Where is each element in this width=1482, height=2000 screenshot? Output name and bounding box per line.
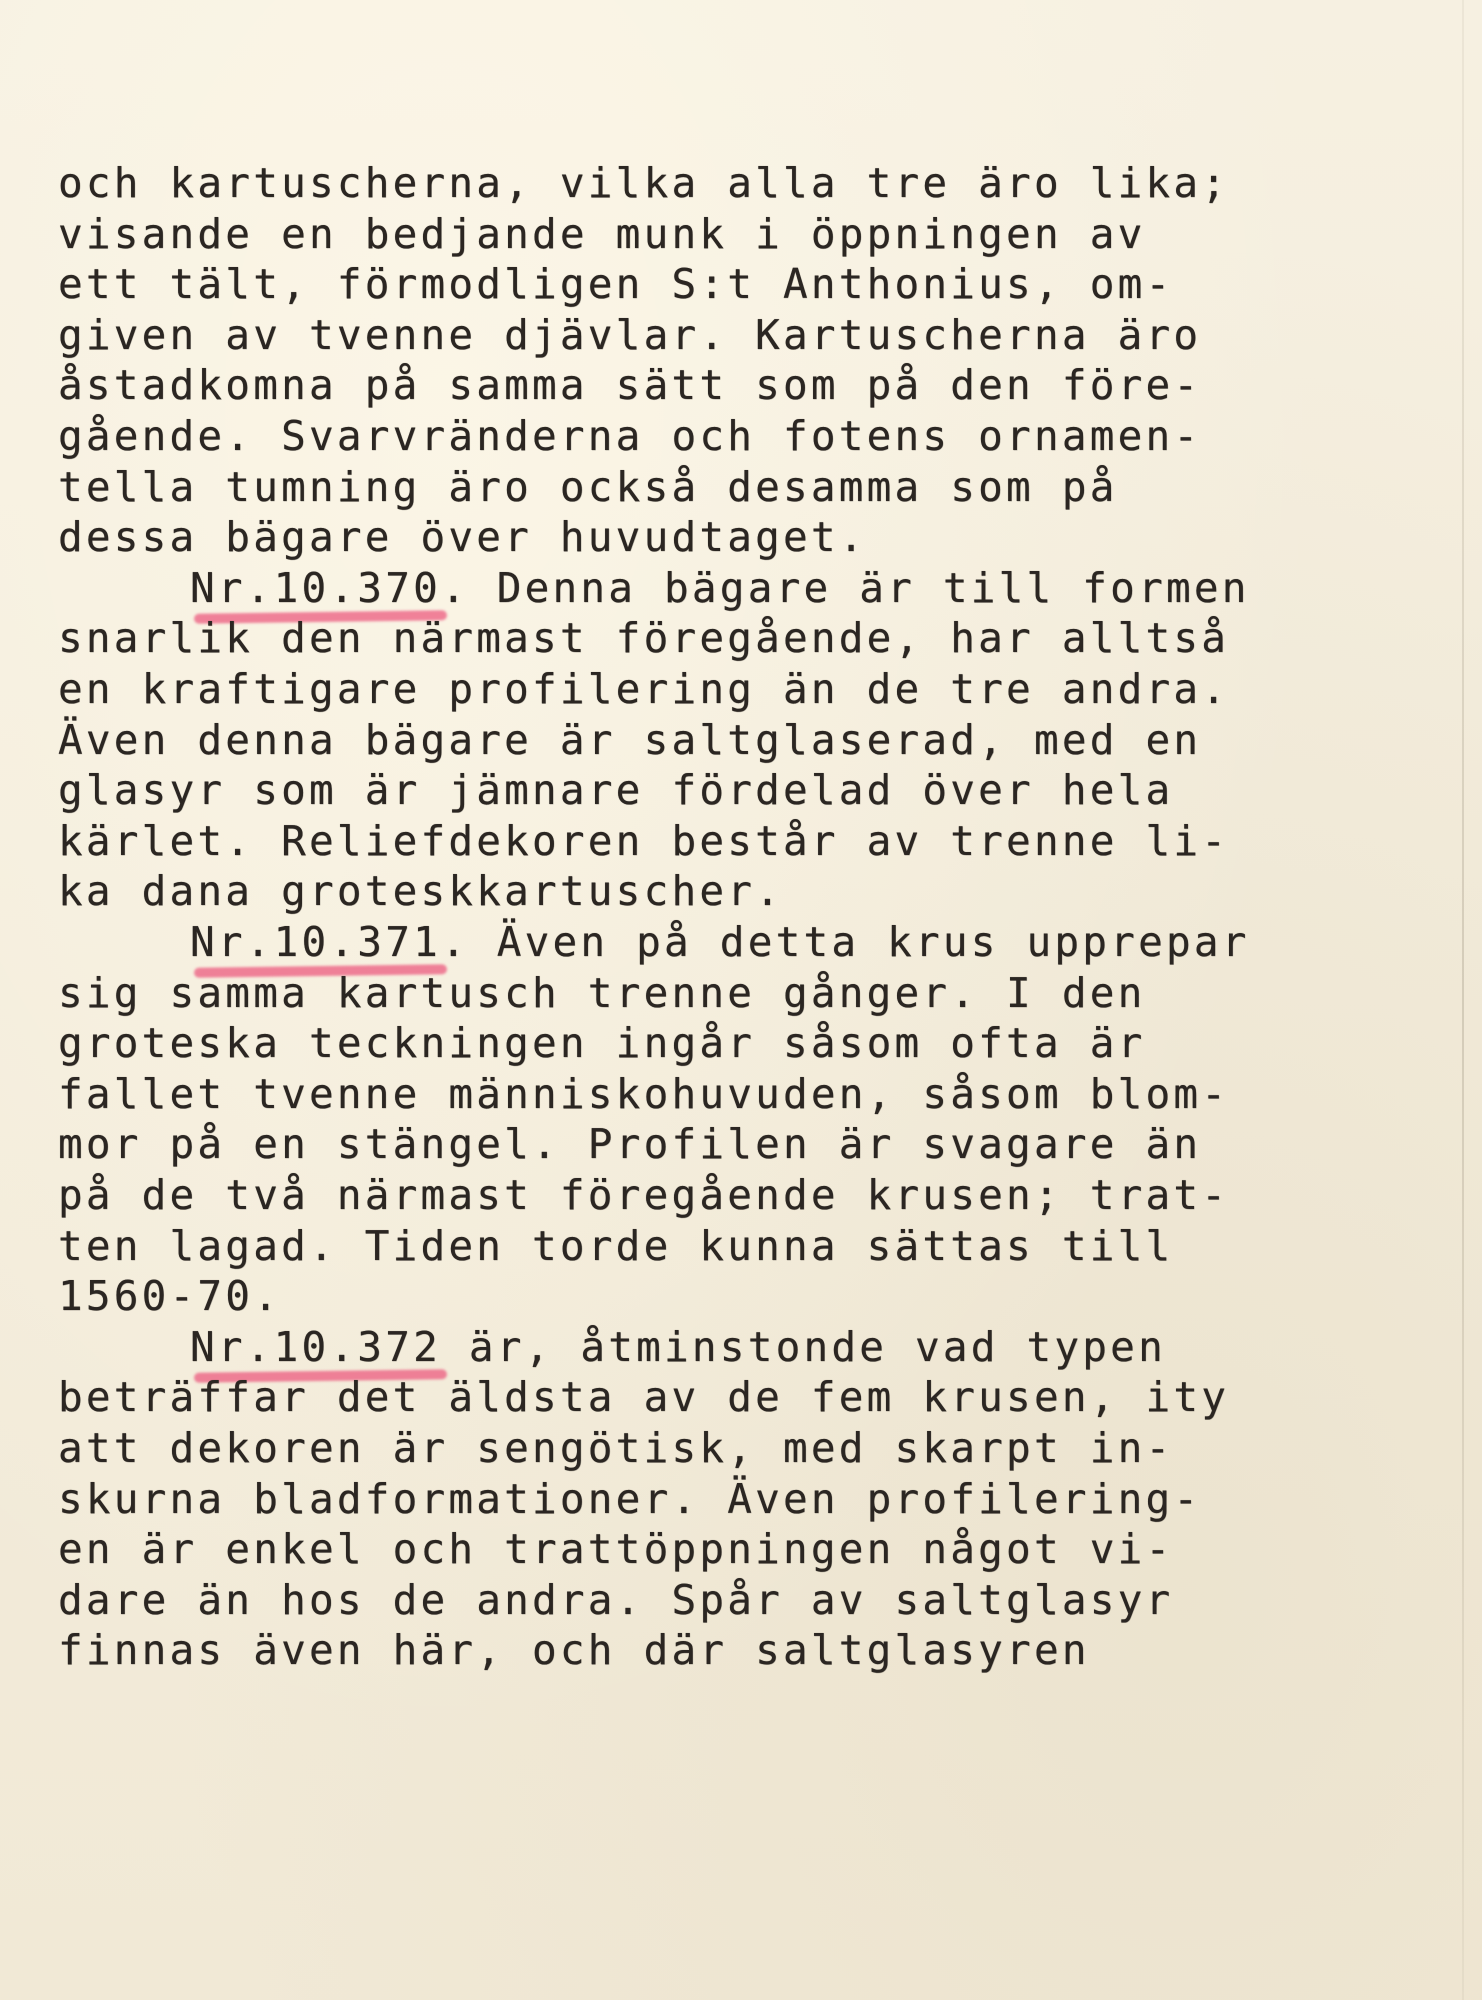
catalog-number-highlighted: Nr.10.370 bbox=[190, 562, 441, 614]
text-line: tella tumning äro också desamma som på bbox=[58, 461, 1118, 513]
line-text: skurna bladformationer. Även profilering… bbox=[58, 1475, 1201, 1523]
line-text: att dekoren är sengötisk, med skarpt in- bbox=[58, 1424, 1173, 1472]
text-line: beträffar det äldsta av de fem krusen, i… bbox=[58, 1371, 1229, 1423]
line-text: ka dana groteskkartuscher. bbox=[58, 867, 783, 915]
line-text: glasyr som är jämnare fördelad över hela bbox=[58, 766, 1173, 814]
line-text: en är enkel och trattöppningen något vi- bbox=[58, 1525, 1173, 1573]
text-line: dessa bägare över huvudtaget. bbox=[58, 511, 867, 563]
text-line: en kraftigare profilering än de tre andr… bbox=[58, 663, 1229, 715]
text-line: groteska teckningen ingår såsom ofta är bbox=[58, 1017, 1145, 1069]
catalog-number-highlighted: Nr.10.371 bbox=[190, 916, 441, 968]
text-line: given av tvenne djävlar. Kartuscherna är… bbox=[58, 309, 1201, 361]
line-text: gående. Svarvränderna och fotens ornamen… bbox=[58, 412, 1201, 460]
text-line: dare än hos de andra. Spår av saltglasyr bbox=[58, 1574, 1173, 1626]
line-text: groteska teckningen ingår såsom ofta är bbox=[58, 1019, 1145, 1067]
text-line: sig samma kartusch trenne gånger. I den bbox=[58, 967, 1145, 1019]
text-line: en är enkel och trattöppningen något vi- bbox=[58, 1523, 1173, 1575]
line-text: tella tumning äro också desamma som på bbox=[58, 463, 1118, 511]
line-text: dare än hos de andra. Spår av saltglasyr bbox=[58, 1576, 1173, 1624]
line-text: sig samma kartusch trenne gånger. I den bbox=[58, 969, 1145, 1017]
text-line: finnas även här, och där saltglasyren bbox=[58, 1624, 1090, 1676]
line-text: är, åtminstonde vad typen bbox=[441, 1323, 1166, 1371]
page-edge-line bbox=[1462, 0, 1464, 2000]
line-text: . Även på detta krus upprepar bbox=[441, 918, 1250, 966]
text-line: och kartuscherna, vilka alla tre äro lik… bbox=[58, 157, 1229, 209]
line-text: kärlet. Reliefdekoren består av trenne l… bbox=[58, 817, 1229, 865]
line-text: en kraftigare profilering än de tre andr… bbox=[58, 665, 1229, 713]
line-text: ten lagad. Tiden torde kunna sättas till bbox=[58, 1222, 1173, 1270]
text-line: mor på en stängel. Profilen är svagare ä… bbox=[58, 1118, 1201, 1170]
text-line: Även denna bägare är saltglaserad, med e… bbox=[58, 714, 1201, 766]
line-text: dessa bägare över huvudtaget. bbox=[58, 513, 867, 561]
line-text: åstadkomna på samma sätt som på den före… bbox=[58, 361, 1201, 409]
line-text: . Denna bägare är till formen bbox=[441, 564, 1250, 612]
line-text: 1560-70. bbox=[58, 1272, 281, 1320]
text-line: visande en bedjande munk i öppningen av bbox=[58, 208, 1145, 260]
line-text: given av tvenne djävlar. Kartuscherna är… bbox=[58, 311, 1201, 359]
text-line: snarlik den närmast föregående, har allt… bbox=[58, 612, 1229, 664]
line-text: Även denna bägare är saltglaserad, med e… bbox=[58, 716, 1201, 764]
typewritten-page: och kartuscherna, vilka alla tre äro lik… bbox=[0, 0, 1482, 2000]
text-line: glasyr som är jämnare fördelad över hela bbox=[58, 764, 1173, 816]
text-line: skurna bladformationer. Även profilering… bbox=[58, 1473, 1201, 1525]
line-text: fallet tvenne människohuvuden, såsom blo… bbox=[58, 1070, 1229, 1118]
line-text: på de två närmast föregående krusen; tra… bbox=[58, 1171, 1229, 1219]
entry-heading-line: Nr.10.370. Denna bägare är till formen bbox=[58, 562, 1250, 614]
line-text: finnas även här, och där saltglasyren bbox=[58, 1626, 1090, 1674]
text-line: kärlet. Reliefdekoren består av trenne l… bbox=[58, 815, 1229, 867]
text-line: att dekoren är sengötisk, med skarpt in- bbox=[58, 1422, 1173, 1474]
text-line: ka dana groteskkartuscher. bbox=[58, 865, 783, 917]
line-text: snarlik den närmast föregående, har allt… bbox=[58, 614, 1229, 662]
entry-heading-line: Nr.10.371. Även på detta krus upprepar bbox=[58, 916, 1250, 968]
text-line: ett tält, förmodligen S:t Anthonius, om- bbox=[58, 258, 1173, 310]
catalog-number-highlighted: Nr.10.372 bbox=[190, 1321, 441, 1373]
text-line: gående. Svarvränderna och fotens ornamen… bbox=[58, 410, 1201, 462]
line-text: och kartuscherna, vilka alla tre äro lik… bbox=[58, 159, 1229, 207]
line-text: ett tält, förmodligen S:t Anthonius, om- bbox=[58, 260, 1173, 308]
text-line: 1560-70. bbox=[58, 1270, 281, 1322]
text-line: fallet tvenne människohuvuden, såsom blo… bbox=[58, 1068, 1229, 1120]
line-text: mor på en stängel. Profilen är svagare ä… bbox=[58, 1120, 1201, 1168]
text-line: på de två närmast föregående krusen; tra… bbox=[58, 1169, 1229, 1221]
entry-heading-line: Nr.10.372 är, åtminstonde vad typen bbox=[58, 1321, 1166, 1373]
text-line: ten lagad. Tiden torde kunna sättas till bbox=[58, 1220, 1173, 1272]
line-text: visande en bedjande munk i öppningen av bbox=[58, 210, 1145, 258]
text-line: åstadkomna på samma sätt som på den före… bbox=[58, 359, 1201, 411]
line-text: beträffar det äldsta av de fem krusen, i… bbox=[58, 1373, 1229, 1421]
